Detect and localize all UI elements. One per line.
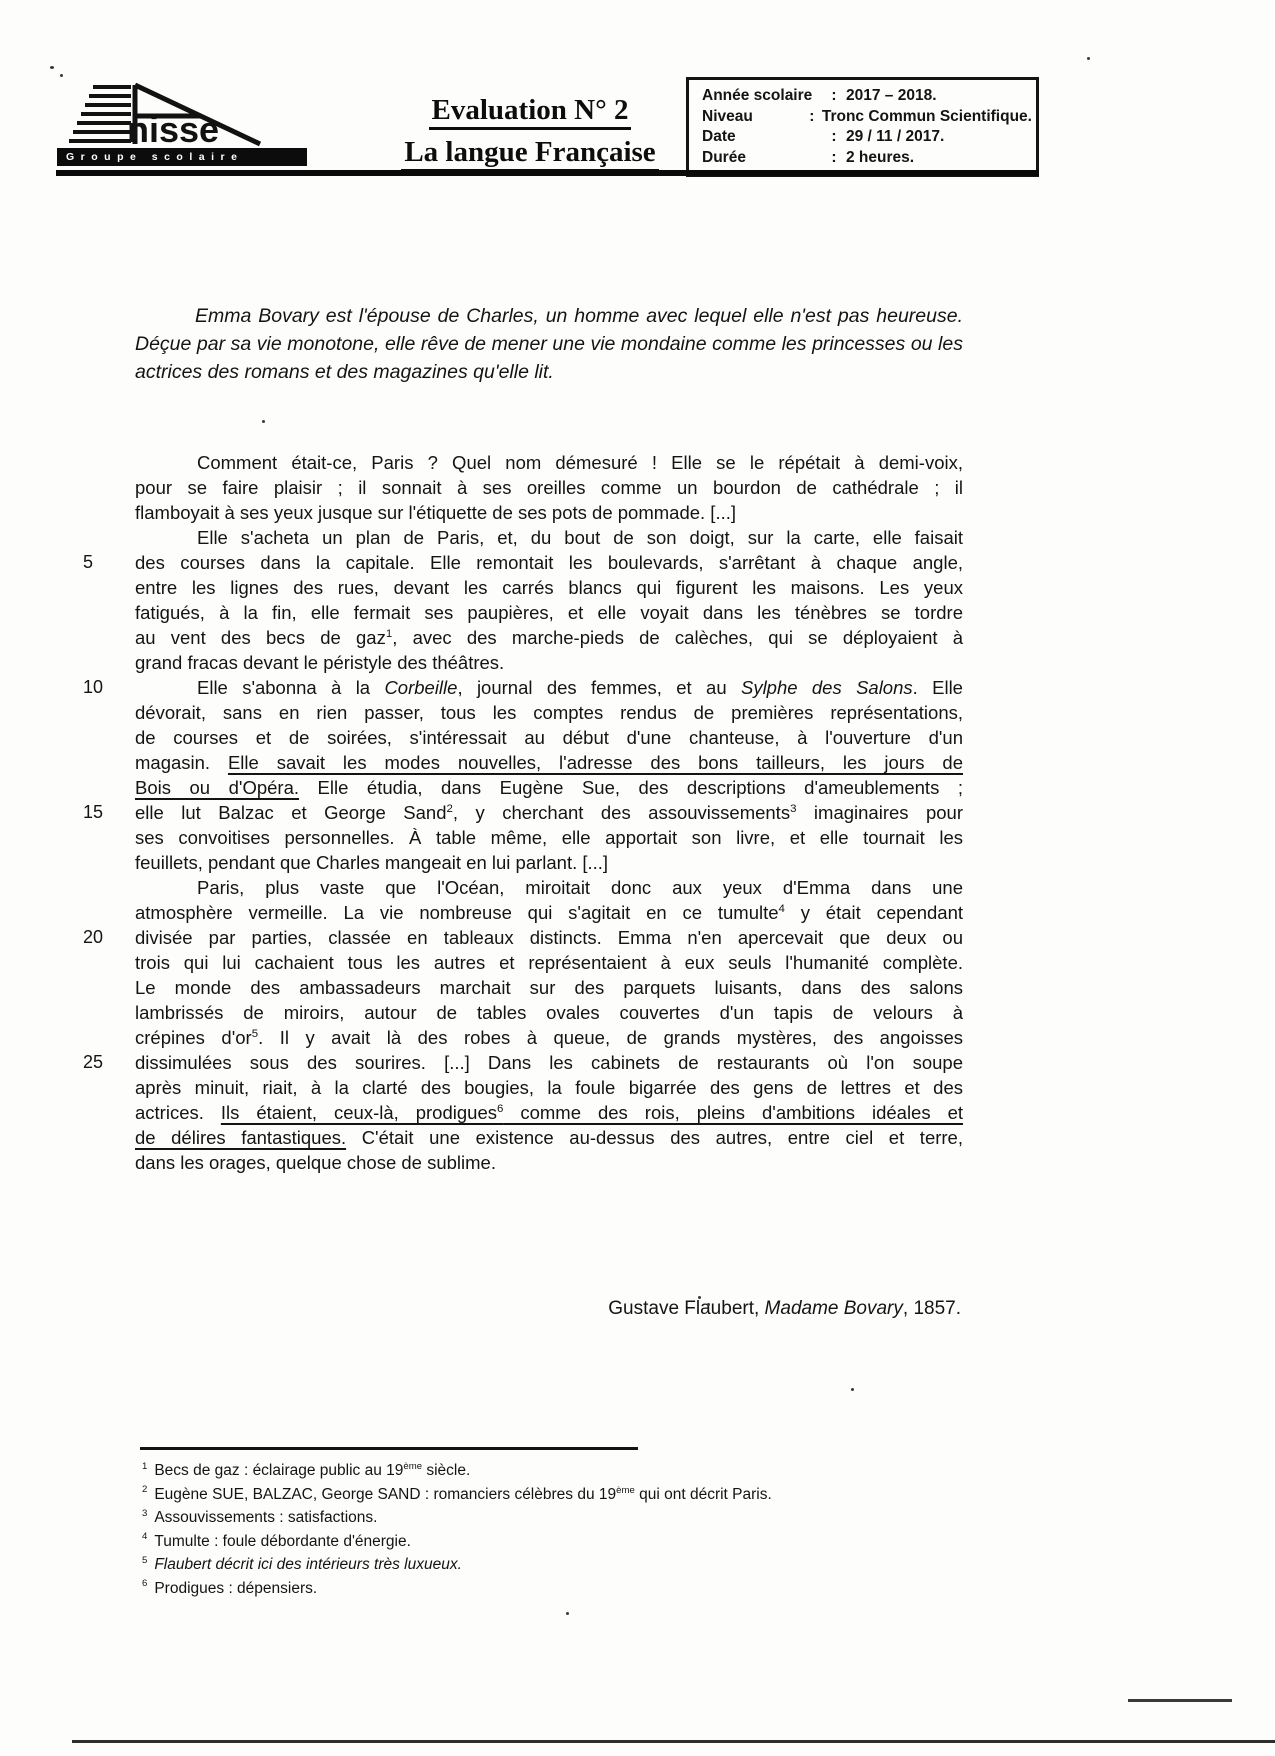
text-segment: , journal des femmes, et au (457, 677, 741, 698)
info-row-niveau: Niveau : Tronc Commun Scientifique. (702, 107, 1032, 128)
page-subtitle: La langue Française (345, 136, 715, 172)
text-line: flamboyait à ses yeux jusque sur l'étiqu… (135, 500, 963, 525)
text-segment: Becs de gaz : éclairage public au 19 (154, 1462, 403, 1479)
text-line: atmosphère vermeille. La vie nombreuse q… (135, 900, 963, 925)
info-label: Année scolaire (702, 86, 822, 107)
page-subtitle-text: La langue Française (401, 136, 658, 172)
info-value: Tronc Commun Scientifique. (822, 107, 1032, 128)
info-label: Date (702, 127, 822, 148)
exam-info-box: Année scolaire : 2017 – 2018. Niveau : T… (686, 77, 1039, 177)
text-line: après minuit, riait, à la clarté des bou… (135, 1075, 963, 1100)
logo-name-text: nisse (127, 109, 219, 148)
scan-speck (262, 420, 265, 423)
text-line: fatigués, à la fin, elle fermait ses pau… (135, 600, 963, 625)
text-line: Le monde des ambassadeurs marchait sur d… (135, 975, 963, 1000)
text-line: trois qui lui cachaient tous les autres … (135, 950, 963, 975)
document-page: nisse Groupe scolaire Evaluation N° 2 La… (0, 0, 1275, 1756)
text-segment: de délires fantastiques. (135, 1127, 346, 1148)
info-colon: : (822, 127, 846, 148)
text-line: 20divisée par parties, classée en tablea… (135, 925, 963, 950)
attribution-author: Gustave Flaubert, (608, 1298, 764, 1319)
line-number: 15 (83, 800, 103, 825)
text-segment: Elle savait les modes nouvelles, l'adres… (228, 752, 963, 773)
text-line: au vent des becs de gaz1, avec des march… (135, 625, 963, 650)
text-segment: Le monde des ambassadeurs marchait sur d… (135, 977, 963, 998)
text-segment: ème (616, 1484, 635, 1495)
underlined-passage: de délires fantastiques. (135, 1127, 346, 1148)
attribution: Gustave Flaubert, Madame Bovary, 1857. (135, 1298, 961, 1320)
text-line: feuillets, pendant que Charles mangeait … (135, 850, 963, 875)
text-line: actrices. Ils étaient, ceux-là, prodigue… (135, 1100, 963, 1125)
text-segment: Eugène SUE, BALZAC, George SAND : romanc… (154, 1486, 616, 1503)
text-segment: actrices. (135, 1102, 221, 1123)
text-line: 15elle lut Balzac et George Sand2, y che… (135, 800, 963, 825)
text-segment: lambrissés de miroirs, autour de tables … (135, 1002, 963, 1023)
page-bottom-rule (72, 1740, 1275, 1743)
scan-speck (698, 1296, 701, 1299)
scan-dash-mark (1128, 1699, 1232, 1702)
text-segment: divisée par parties, classée en tableaux… (135, 927, 963, 948)
text-line: dans les orages, quelque chose de sublim… (135, 1150, 963, 1175)
text-segment: Flaubert décrit ici des intérieurs très … (154, 1556, 462, 1573)
info-row-date: Date : 29 / 11 / 2017. (702, 127, 1032, 148)
body-text: Comment était-ce, Paris ? Quel nom démes… (135, 450, 963, 1175)
text-segment: entre les lignes des rues, devant les ca… (135, 577, 963, 598)
footnote: 5Flaubert décrit ici des intérieurs très… (142, 1553, 1122, 1577)
footnote-number: 2 (142, 1484, 147, 1495)
text-segment: qui ont décrit Paris. (635, 1486, 772, 1503)
scan-speck (60, 74, 63, 77)
info-colon: : (802, 107, 822, 128)
text-segment: Assouvissements : satisfactions. (154, 1509, 377, 1526)
intro-paragraph: Emma Bovary est l'épouse de Charles, un … (135, 302, 963, 386)
text-segment: Elle étudia, dans Eugène Sue, des descri… (299, 777, 963, 798)
text-segment: atmosphère vermeille. La vie nombreuse q… (135, 902, 779, 923)
text-segment: elle lut Balzac et George Sand (135, 802, 447, 823)
footnote-number: 3 (142, 1508, 147, 1519)
info-colon: : (822, 148, 846, 169)
attribution-work: Madame Bovary (765, 1298, 903, 1319)
text-segment: pour se faire plaisir ; il sonnait à ses… (135, 477, 963, 498)
footnote: 4Tumulte : foule débordante d'énergie. (142, 1530, 1122, 1554)
text-line: 10Elle s'abonna à la Corbeille, journal … (135, 675, 963, 700)
text-segment: flamboyait à ses yeux jusque sur l'étiqu… (135, 502, 736, 523)
line-number: 5 (83, 550, 93, 575)
text-segment: fatigués, à la fin, elle fermait ses pau… (135, 602, 963, 623)
text-segment: ses convoitises personnelles. À table mê… (135, 827, 963, 848)
text-segment: Elle s'abonna à la (197, 677, 384, 698)
footnote: 3Assouvissements : satisfactions. (142, 1506, 1122, 1530)
scan-speck (566, 1612, 569, 1615)
text-segment: Sylphe des Salons (741, 677, 913, 698)
text-line: crépines d'or5. Il y avait là des robes … (135, 1025, 963, 1050)
text-segment: Corbeille (384, 677, 457, 698)
footnote-number: 6 (142, 1578, 147, 1589)
text-segment: imaginaires pour (796, 802, 963, 823)
text-segment: , y cherchant des assouvissements (453, 802, 790, 823)
text-segment: dévorait, sans en rien passer, tous les … (135, 702, 963, 723)
footnote-number: 4 (142, 1531, 147, 1542)
text-line: Comment était-ce, Paris ? Quel nom démes… (135, 450, 963, 475)
scan-speck (1087, 57, 1090, 60)
text-segment: y était cependant (785, 902, 963, 923)
footnote: 1Becs de gaz : éclairage public au 19ème… (142, 1459, 1122, 1483)
scan-speck (50, 66, 54, 69)
text-segment: ème (403, 1461, 422, 1472)
scan-speck (851, 1388, 854, 1391)
text-line: grand fracas devant le péristyle des thé… (135, 650, 963, 675)
text-segment: Ils étaient, ceux-là, prodigues (221, 1102, 497, 1123)
text-segment: Comment était-ce, Paris ? Quel nom démes… (197, 452, 963, 473)
footnote-rule (140, 1447, 638, 1450)
line-number: 10 (83, 675, 103, 700)
page-title: Evaluation N° 2 (345, 94, 715, 130)
text-segment: Elle s'acheta un plan de Paris, et, du b… (197, 527, 963, 548)
text-segment: grand fracas devant le péristyle des thé… (135, 652, 504, 673)
text-line: Elle s'acheta un plan de Paris, et, du b… (135, 525, 963, 550)
footnote-number: 5 (142, 1555, 147, 1566)
text-line: entre les lignes des rues, devant les ca… (135, 575, 963, 600)
attribution-year: , 1857. (903, 1298, 961, 1319)
text-line: ses convoitises personnelles. À table mê… (135, 825, 963, 850)
text-line: Bois ou d'Opéra. Elle étudia, dans Eugèn… (135, 775, 963, 800)
text-line: de courses et de soirées, s'intéressait … (135, 725, 963, 750)
text-segment: des courses dans la capitale. Elle remon… (135, 552, 963, 573)
text-segment: Paris, plus vaste que l'Océan, miroitait… (197, 877, 963, 898)
info-value: 2 heures. (846, 148, 1032, 169)
footnote: 2Eugène SUE, BALZAC, George SAND : roman… (142, 1483, 1122, 1507)
footnotes-list: 1Becs de gaz : éclairage public au 19ème… (142, 1459, 1122, 1600)
line-number: 25 (83, 1050, 103, 1075)
footnote: 6Prodigues : dépensiers. (142, 1577, 1122, 1601)
school-logo-graphic: nisse (55, 82, 310, 148)
footnote-number: 1 (142, 1461, 147, 1472)
text-segment: Bois ou d'Opéra. (135, 777, 299, 798)
info-row-duree: Durée : 2 heures. (702, 148, 1032, 169)
text-line: dévorait, sans en rien passer, tous les … (135, 700, 963, 725)
text-segment: trois qui lui cachaient tous les autres … (135, 952, 963, 973)
info-colon: : (822, 86, 846, 107)
text-line: lambrissés de miroirs, autour de tables … (135, 1000, 963, 1025)
text-segment: dans les orages, quelque chose de sublim… (135, 1152, 496, 1173)
underlined-passage: Bois ou d'Opéra. (135, 777, 299, 798)
text-segment: au vent des becs de gaz (135, 627, 386, 648)
text-line: de délires fantastiques. C'était une exi… (135, 1125, 963, 1150)
line-number: 20 (83, 925, 103, 950)
text-segment: de courses et de soirées, s'intéressait … (135, 727, 963, 748)
page-title-text: Evaluation N° 2 (429, 94, 632, 130)
text-segment: après minuit, riait, à la clarté des bou… (135, 1077, 963, 1098)
text-line: 25dissimulées sous des sourires. [...] D… (135, 1050, 963, 1075)
text-line: Paris, plus vaste que l'Océan, miroitait… (135, 875, 963, 900)
text-line: pour se faire plaisir ; il sonnait à ses… (135, 475, 963, 500)
text-segment: crépines d'or (135, 1027, 252, 1048)
title-block: Evaluation N° 2 La langue Française (345, 94, 715, 178)
text-segment: , avec des marche-pieds de calèches, qui… (392, 627, 963, 648)
info-label: Niveau (702, 107, 802, 128)
text-segment: dissimulées sous des sourires. [...] Dan… (135, 1052, 963, 1073)
text-segment: . Elle (913, 677, 963, 698)
text-segment: siècle. (422, 1462, 470, 1479)
logo-subtitle: Groupe scolaire (57, 148, 307, 166)
info-value: 29 / 11 / 2017. (846, 127, 1032, 148)
text-segment: Prodigues : dépensiers. (154, 1580, 317, 1597)
underlined-passage: Ils étaient, ceux-là, prodigues6 comme d… (221, 1102, 963, 1123)
text-segment: feuillets, pendant que Charles mangeait … (135, 852, 608, 873)
scan-speck (707, 1303, 710, 1306)
info-value: 2017 – 2018. (846, 86, 1032, 107)
text-segment: comme des rois, pleins d'ambitions idéal… (503, 1102, 963, 1123)
text-segment: C'était une existence au-dessus des autr… (346, 1127, 963, 1148)
text-line: 5des courses dans la capitale. Elle remo… (135, 550, 963, 575)
text-line: magasin. Elle savait les modes nouvelles… (135, 750, 963, 775)
text-segment: magasin. (135, 752, 228, 773)
text-segment: Tumulte : foule débordante d'énergie. (154, 1533, 411, 1550)
underlined-passage: Elle savait les modes nouvelles, l'adres… (228, 752, 963, 773)
info-row-annee: Année scolaire : 2017 – 2018. (702, 86, 1032, 107)
header-rule (56, 170, 1039, 176)
info-label: Durée (702, 148, 822, 169)
text-segment: . Il y avait là des robes à queue, de gr… (258, 1027, 963, 1048)
